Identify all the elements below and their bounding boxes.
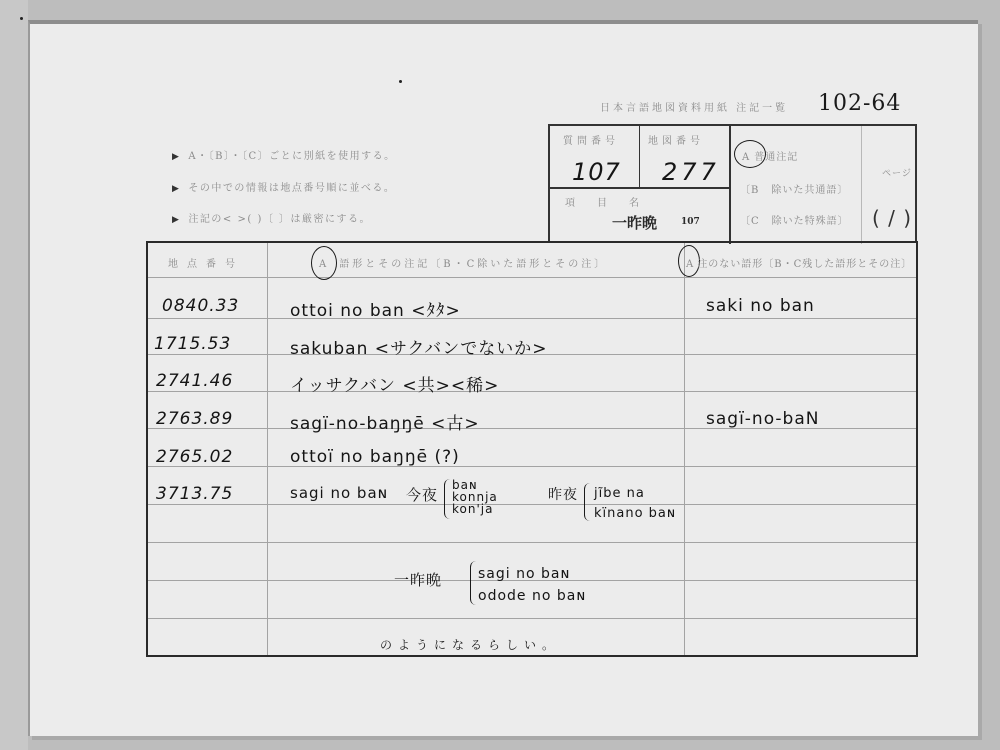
form-number: 102-64 bbox=[818, 91, 901, 116]
row-line bbox=[148, 618, 916, 619]
map-number: 277 bbox=[662, 158, 720, 186]
speck bbox=[399, 80, 402, 83]
background-edge bbox=[0, 0, 28, 750]
item-name-label: 項目名 bbox=[565, 194, 661, 209]
category-c: 〔C除いた特殊語〕 bbox=[740, 212, 849, 227]
divider bbox=[550, 187, 731, 189]
point-number: 2763.89 bbox=[156, 409, 233, 429]
word-form: イッサクバン <共><稀> bbox=[290, 371, 499, 396]
brace-mark bbox=[444, 479, 451, 519]
column-divider bbox=[267, 243, 268, 655]
question-number-label: 質問番号 bbox=[563, 132, 619, 147]
form-title: 日本言語地図資料用紙 注記一覧 bbox=[600, 99, 788, 114]
sakuya-label: 昨夜 bbox=[548, 484, 578, 504]
word-form: ottoï no baŋŋē (?) bbox=[290, 447, 460, 467]
triangle-bullet-icon: ▶ bbox=[172, 184, 180, 194]
brace-mark bbox=[584, 483, 591, 521]
item-name: 一昨晩 bbox=[612, 212, 657, 233]
point-number: 3713.75 bbox=[156, 484, 233, 504]
word-form: sakuban <サクバンでないか> bbox=[290, 334, 548, 359]
note-forms: sagi no baɴ odode no baɴ bbox=[478, 563, 586, 607]
instruction-3: ▶注記の< >( )〔 〕は厳密にする。 bbox=[172, 210, 371, 225]
row-line bbox=[148, 504, 916, 505]
row-line bbox=[148, 318, 916, 319]
divider bbox=[639, 126, 640, 188]
column-header-plain: A注のない語形〔B・C残した語形とその注〕 bbox=[686, 255, 912, 270]
category-b: 〔B除いた共通語〕 bbox=[740, 181, 848, 196]
column-header-point: 地点番号 bbox=[168, 255, 244, 270]
plain-form: saki no ban bbox=[706, 296, 815, 316]
divider bbox=[861, 126, 862, 244]
point-number: 0840.33 bbox=[162, 296, 239, 316]
triangle-bullet-icon: ▶ bbox=[172, 152, 180, 162]
plain-form: sagï-no-baN bbox=[706, 409, 819, 429]
notes-table: 地点番号 A語形とその注記〔B・C除いた語形とその注〕 A注のない語形〔B・C残… bbox=[146, 241, 918, 657]
point-number: 1715.53 bbox=[154, 334, 231, 354]
triangle-bullet-icon: ▶ bbox=[172, 215, 180, 225]
speck bbox=[20, 17, 23, 20]
column-divider bbox=[684, 243, 685, 655]
instruction-2: ▶その中での情報は地点番号順に並べる。 bbox=[172, 179, 395, 194]
question-number: 107 bbox=[572, 158, 621, 186]
item-code: 107 bbox=[681, 217, 700, 227]
brace-mark bbox=[470, 561, 477, 605]
header-box: 質問番号 107 地図番号 277 項目名 一昨晩 107 A普通注記 〔B除い… bbox=[548, 124, 917, 242]
sakuya-forms: jĩbe na kïnano baɴ bbox=[594, 484, 676, 524]
category-a: A普通注記 bbox=[742, 148, 798, 163]
note-closing: のようになるらしい。 bbox=[380, 636, 560, 653]
column-header-forms: A語形とその注記〔B・C除いた語形とその注〕 bbox=[319, 255, 607, 270]
instruction-1: ▶A・〔B〕・〔C〕ごとに別紙を使用する。 bbox=[172, 147, 396, 162]
map-number-label: 地図番号 bbox=[648, 132, 704, 147]
page-label: ページ bbox=[882, 166, 912, 179]
konya-label: 今夜 bbox=[406, 484, 438, 505]
row-line bbox=[148, 391, 916, 392]
page-value: ( / ) bbox=[872, 206, 912, 230]
konya-forms: baɴ konnja kon'ja bbox=[452, 479, 498, 515]
divider bbox=[729, 126, 731, 244]
word-form: sagï-no-baŋŋē <古> bbox=[290, 409, 480, 434]
row-line bbox=[148, 542, 916, 543]
word-form: sagi no baɴ bbox=[290, 484, 388, 502]
word-form: ottoi no ban <ﾀﾀ> bbox=[290, 296, 461, 321]
row-line bbox=[148, 466, 916, 467]
point-number: 2765.02 bbox=[156, 447, 233, 467]
point-number: 2741.46 bbox=[156, 371, 233, 391]
row-line bbox=[148, 277, 916, 278]
note-label: 一昨晩 bbox=[394, 569, 442, 590]
